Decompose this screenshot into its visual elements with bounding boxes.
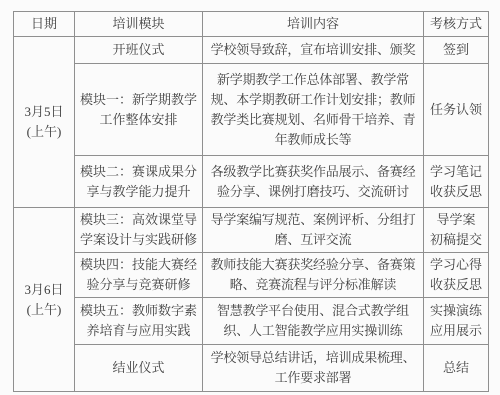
assessment-cell: 实操演练 应用展示 xyxy=(424,298,489,345)
content-cell: 导学案编写规范、案例评析、分组打磨、互评交流 xyxy=(203,208,424,253)
module-cell: 开班仪式 xyxy=(75,37,203,64)
header-assessment: 考核方式 xyxy=(424,12,489,37)
module-cell: 模块五：教师数字素养培育与应用实践 xyxy=(75,298,203,345)
training-schedule-table: 日期 培训模块 培训内容 考核方式 3月5日 (上午) 开班仪式 学校领导致辞，… xyxy=(13,11,489,392)
content-cell: 学校领导致辞，宣布培训安排、颁奖 xyxy=(203,37,424,64)
assessment-cell: 签到 xyxy=(424,37,489,64)
table-row: 模块四：技能大赛经验分享与竞赛研修 教师技能大赛获奖经验分享、备赛策略、竞赛流程… xyxy=(14,253,489,298)
header-content: 培训内容 xyxy=(203,12,424,37)
header-row: 日期 培训模块 培训内容 考核方式 xyxy=(14,12,489,37)
date-cell-mar6: 3月6日 (上午) xyxy=(14,208,75,392)
training-schedule-page: 日期 培训模块 培训内容 考核方式 3月5日 (上午) 开班仪式 学校领导致辞，… xyxy=(0,0,500,395)
assessment-cell: 任务认领 xyxy=(424,64,489,156)
module-cell: 模块二：赛课成果分享与教学能力提升 xyxy=(75,156,203,208)
module-cell: 模块一：新学期教学工作整体安排 xyxy=(75,64,203,156)
table-row: 结业仪式 学校领导总结讲话，培训成果梳理、工作要求部署 总结 xyxy=(14,345,489,392)
content-cell: 学校领导总结讲话，培训成果梳理、工作要求部署 xyxy=(203,345,424,392)
header-date: 日期 xyxy=(14,12,75,37)
assessment-cell: 总结 xyxy=(424,345,489,392)
content-cell: 教师技能大赛获奖经验分享、备赛策略、竞赛流程与评分标准解读 xyxy=(203,253,424,298)
assessment-cell: 学习笔记 收获反思 xyxy=(424,156,489,208)
module-cell: 结业仪式 xyxy=(75,345,203,392)
table-row: 模块二：赛课成果分享与教学能力提升 各级教学比赛获奖作品展示、备赛经验分享、课例… xyxy=(14,156,489,208)
content-cell: 智慧教学平台使用、混合式教学组织、人工智能教学应用实操训练 xyxy=(203,298,424,345)
table-row: 3月5日 (上午) 开班仪式 学校领导致辞，宣布培训安排、颁奖 签到 xyxy=(14,37,489,64)
assessment-cell: 学习心得 收获反思 xyxy=(424,253,489,298)
header-module: 培训模块 xyxy=(75,12,203,37)
content-cell: 新学期教学工作总体部署、教学常规、本学期教研工作计划安排；教师教学类比赛规划、名… xyxy=(203,64,424,156)
content-cell: 各级教学比赛获奖作品展示、备赛经验分享、课例打磨技巧、交流研讨 xyxy=(203,156,424,208)
module-cell: 模块三：高效课堂导学案设计与实践研修 xyxy=(75,208,203,253)
table-row: 模块一：新学期教学工作整体安排 新学期教学工作总体部署、教学常规、本学期教研工作… xyxy=(14,64,489,156)
module-cell: 模块四：技能大赛经验分享与竞赛研修 xyxy=(75,253,203,298)
table-row: 3月6日 (上午) 模块三：高效课堂导学案设计与实践研修 导学案编写规范、案例评… xyxy=(14,208,489,253)
assessment-cell: 导学案 初稿提交 xyxy=(424,208,489,253)
table-row: 模块五：教师数字素养培育与应用实践 智慧教学平台使用、混合式教学组织、人工智能教… xyxy=(14,298,489,345)
date-cell-mar5: 3月5日 (上午) xyxy=(14,37,75,208)
